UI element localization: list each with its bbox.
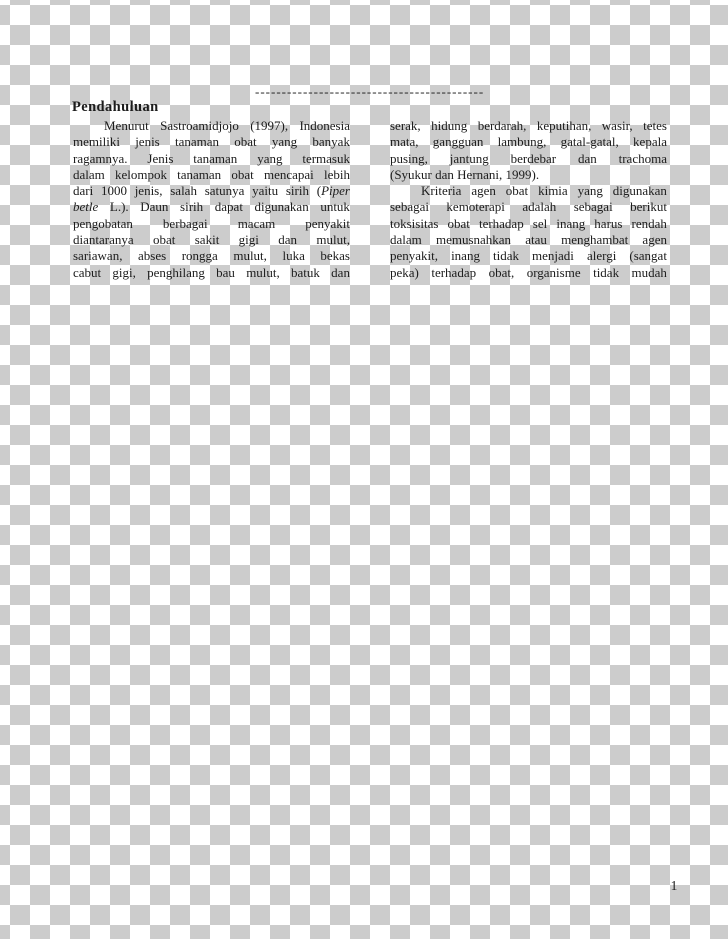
word: (Syukur xyxy=(390,167,432,182)
word: obat xyxy=(153,232,175,248)
word: yaitu xyxy=(252,183,278,199)
word: mata, xyxy=(390,134,419,150)
word: memiliki xyxy=(73,134,120,150)
word: berdarah, xyxy=(478,118,527,134)
word: trachoma xyxy=(619,151,667,167)
word: dan xyxy=(435,167,454,182)
word: lambung, xyxy=(498,134,547,150)
word: dalam xyxy=(73,167,105,183)
word: agen xyxy=(471,183,496,199)
word: Indonesia xyxy=(299,118,350,134)
text-line: dalam memusnahkan atau menghambat agen xyxy=(390,232,667,248)
word: Jenis xyxy=(147,151,173,167)
word: menjadi xyxy=(532,248,574,264)
word: 1999). xyxy=(506,167,540,182)
word: menghambat xyxy=(561,232,628,248)
word: memusnahkan xyxy=(436,232,511,248)
word: macam xyxy=(238,216,276,232)
word: luka xyxy=(282,248,304,264)
word: gigi xyxy=(239,232,259,248)
text-line: diantaranya obat sakit gigi dan mulut, xyxy=(73,232,350,248)
text-line: peka) terhadap obat, organisme tidak mud… xyxy=(390,265,667,281)
word: tidak xyxy=(593,265,619,281)
text-line: (Syukur dan Hernani, 1999). xyxy=(390,167,667,183)
word: lebih xyxy=(324,167,350,183)
dashed-separator: ----------------------------------------… xyxy=(255,85,483,99)
word: kimia xyxy=(538,183,568,199)
word: kemoterapi xyxy=(446,199,504,215)
word: penghilang xyxy=(147,265,205,281)
word: digunakan xyxy=(613,183,667,199)
word: mulut, xyxy=(233,248,267,264)
word: untuk xyxy=(320,199,350,215)
word: harus xyxy=(594,216,622,232)
word: yang xyxy=(272,134,297,150)
word: mulut, xyxy=(316,232,350,248)
word: sirih xyxy=(180,199,203,215)
word: Kriteria xyxy=(421,183,461,199)
word: yang xyxy=(578,183,603,199)
word: hidung xyxy=(431,118,467,134)
page-canvas: ----------------------------------------… xyxy=(0,0,728,939)
word: penyakit xyxy=(305,216,350,232)
word: obat xyxy=(506,183,528,199)
word: tanaman xyxy=(177,167,221,183)
text-line: pusing, jantung berdebar dan trachoma xyxy=(390,151,667,167)
word: Menurut xyxy=(104,118,149,134)
word: terhadap xyxy=(431,265,476,281)
word: mencapai xyxy=(264,167,314,183)
text-line: Menurut Sastroamidjojo (1997), Indonesia xyxy=(73,118,350,134)
word: digunakan xyxy=(255,199,309,215)
word: pengobatan xyxy=(73,216,133,232)
word: obat xyxy=(231,167,253,183)
word: dalam xyxy=(390,232,422,248)
word: pusing, xyxy=(390,151,428,167)
left-column: Menurut Sastroamidjojo (1997), Indonesia… xyxy=(73,118,350,281)
word: sirih xyxy=(286,183,309,199)
page-number: 1 xyxy=(668,878,680,894)
text-line: dalam kelompok tanaman obat mencapai leb… xyxy=(73,167,350,183)
word: L.). xyxy=(110,199,129,215)
word: ragamnya. xyxy=(73,151,128,167)
word: dapat xyxy=(215,199,243,215)
word: agen xyxy=(642,232,667,248)
word: rongga xyxy=(182,248,218,264)
word: obat, xyxy=(489,265,515,281)
word: dari xyxy=(73,183,93,199)
text-line: toksisitas obat terhadap sel inang harus… xyxy=(390,216,667,232)
word: 1000 xyxy=(101,183,127,199)
word: gigi, xyxy=(112,265,135,281)
word: Hernani, xyxy=(457,167,502,182)
word: tanaman xyxy=(175,134,219,150)
word: berikut xyxy=(630,199,667,215)
word: kelompok xyxy=(115,167,167,183)
text-line: mata, gangguan lambung, gatal-gatal, kep… xyxy=(390,134,667,150)
word: sebagai xyxy=(390,199,429,215)
word: mulut, xyxy=(246,265,280,281)
word: tanaman xyxy=(193,151,237,167)
word: banyak xyxy=(312,134,350,150)
section-heading: Pendahuluan xyxy=(72,99,159,116)
word: terhadap xyxy=(479,216,524,232)
word: Sastroamidjojo xyxy=(160,118,239,134)
word: dan xyxy=(578,151,597,167)
word: yang xyxy=(257,151,282,167)
text-line: pengobatan berbagai macam penyakit xyxy=(73,216,350,232)
text-line: sariawan, abses rongga mulut, luka bekas xyxy=(73,248,350,264)
word: gatal-gatal, xyxy=(561,134,619,150)
word: gangguan xyxy=(433,134,484,150)
word: tetes xyxy=(643,118,667,134)
word: batuk xyxy=(291,265,320,281)
word: obat xyxy=(234,134,256,150)
word: peka) xyxy=(390,265,419,281)
text-line: ragamnya. Jenis tanaman yang termasuk xyxy=(73,151,350,167)
word: rendah xyxy=(632,216,667,232)
word: kepala xyxy=(633,134,667,150)
word: cabut xyxy=(73,265,101,281)
word: obat xyxy=(447,216,469,232)
word: diantaranya xyxy=(73,232,134,248)
word: betle xyxy=(73,199,98,215)
word: dan xyxy=(278,232,297,248)
word: inang xyxy=(556,216,585,232)
word: sariawan, xyxy=(73,248,122,264)
word: sel xyxy=(533,216,547,232)
word: jenis xyxy=(135,134,160,150)
word: penyakit, xyxy=(390,248,438,264)
text-line: penyakit, inang tidak menjadi alergi (sa… xyxy=(390,248,667,264)
right-column: serak, hidung berdarah, keputihan, wasir… xyxy=(390,118,667,281)
word: jenis, xyxy=(135,183,163,199)
word: salah xyxy=(170,183,197,199)
word: berdebar xyxy=(511,151,556,167)
word: sebagai xyxy=(574,199,613,215)
word: inang xyxy=(451,248,480,264)
word: termasuk xyxy=(302,151,350,167)
word: bekas xyxy=(320,248,350,264)
text-line: Kriteria agen obat kimia yang digunakan xyxy=(390,183,667,199)
word: wasir, xyxy=(602,118,633,134)
word: berbagai xyxy=(163,216,208,232)
word: Daun xyxy=(140,199,168,215)
word: serak, xyxy=(390,118,421,134)
word: satunya xyxy=(205,183,245,199)
word: (Piper xyxy=(317,183,350,199)
word: (sangat xyxy=(629,248,667,264)
text-line: cabut gigi, penghilang bau mulut, batuk … xyxy=(73,265,350,281)
text-line: serak, hidung berdarah, keputihan, wasir… xyxy=(390,118,667,134)
text-line: dari 1000 jenis, salah satunya yaitu sir… xyxy=(73,183,350,199)
word: atau xyxy=(525,232,547,248)
word: mudah xyxy=(632,265,667,281)
word: sakit xyxy=(195,232,220,248)
text-line: memiliki jenis tanaman obat yang banyak xyxy=(73,134,350,150)
word: tidak xyxy=(493,248,519,264)
text-line: betle L.). Daun sirih dapat digunakan un… xyxy=(73,199,350,215)
word: dan xyxy=(331,265,350,281)
word: toksisitas xyxy=(390,216,438,232)
word: jantung xyxy=(450,151,489,167)
word: alergi xyxy=(587,248,616,264)
word: adalah xyxy=(522,199,556,215)
text-line: sebagai kemoterapi adalah sebagai beriku… xyxy=(390,199,667,215)
word: (1997), xyxy=(250,118,288,134)
word: abses xyxy=(138,248,166,264)
word: organisme xyxy=(527,265,581,281)
word: keputihan, xyxy=(537,118,592,134)
word: bau xyxy=(216,265,235,281)
